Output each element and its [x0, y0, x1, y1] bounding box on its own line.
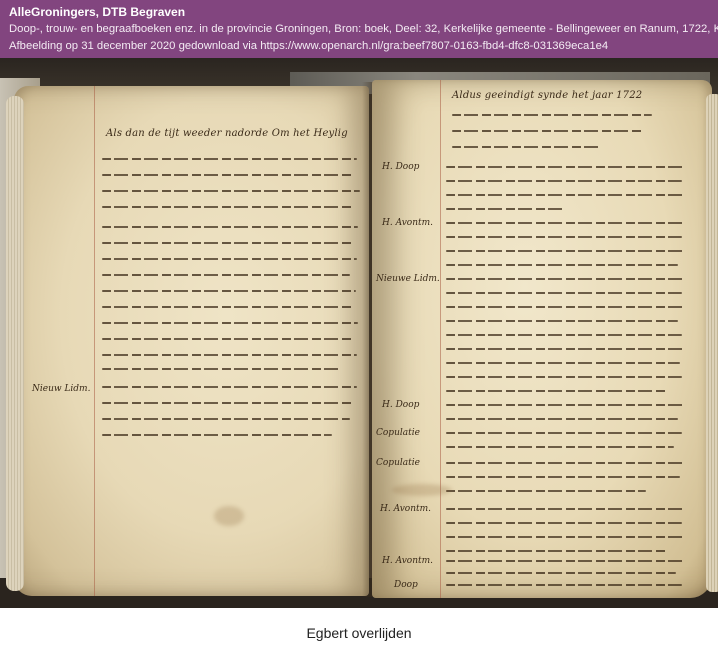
left-page-first-line: Als dan de tijt weeder nadorde Om het He…: [106, 128, 348, 139]
margin-label: Copulatie: [376, 458, 420, 468]
left-page-edges: [6, 96, 24, 591]
right-page-first-line: Aldus geeindigt synde het jaar 1722: [452, 90, 642, 101]
margin-label: H. Doop: [382, 400, 419, 410]
source-banner: AlleGroningers, DTB Begraven Doop-, trou…: [0, 0, 718, 58]
right-page-edges: [706, 94, 718, 592]
left-page: Als dan de tijt weeder nadorde Om het He…: [14, 86, 369, 596]
margin-label: Nieuw Lidm.: [32, 384, 90, 394]
banner-title: AlleGroningers, DTB Begraven: [9, 5, 185, 19]
margin-label: H. Avontm.: [382, 556, 433, 566]
margin-label: H. Avontm.: [382, 218, 433, 228]
margin-label: Copulatie: [376, 428, 420, 438]
image-caption: Egbert overlijden: [0, 625, 718, 641]
download-citation: Afbeelding op 31 december 2020 gedownloa…: [9, 40, 608, 52]
right-margin-rule: [440, 80, 441, 598]
margin-label: Doop: [394, 580, 418, 590]
margin-label: H. Doop: [382, 162, 419, 172]
left-margin-rule: [94, 86, 95, 596]
margin-label: H. Avontm.: [380, 504, 431, 514]
right-page: Aldus geeindigt synde het jaar 1722 H. D…: [372, 80, 712, 598]
register-photo: Als dan de tijt weeder nadorde Om het He…: [0, 58, 718, 608]
margin-label: Nieuwe Lidm.: [376, 274, 440, 284]
source-citation: Doop-, trouw- en begraafboeken enz. in d…: [9, 23, 718, 35]
